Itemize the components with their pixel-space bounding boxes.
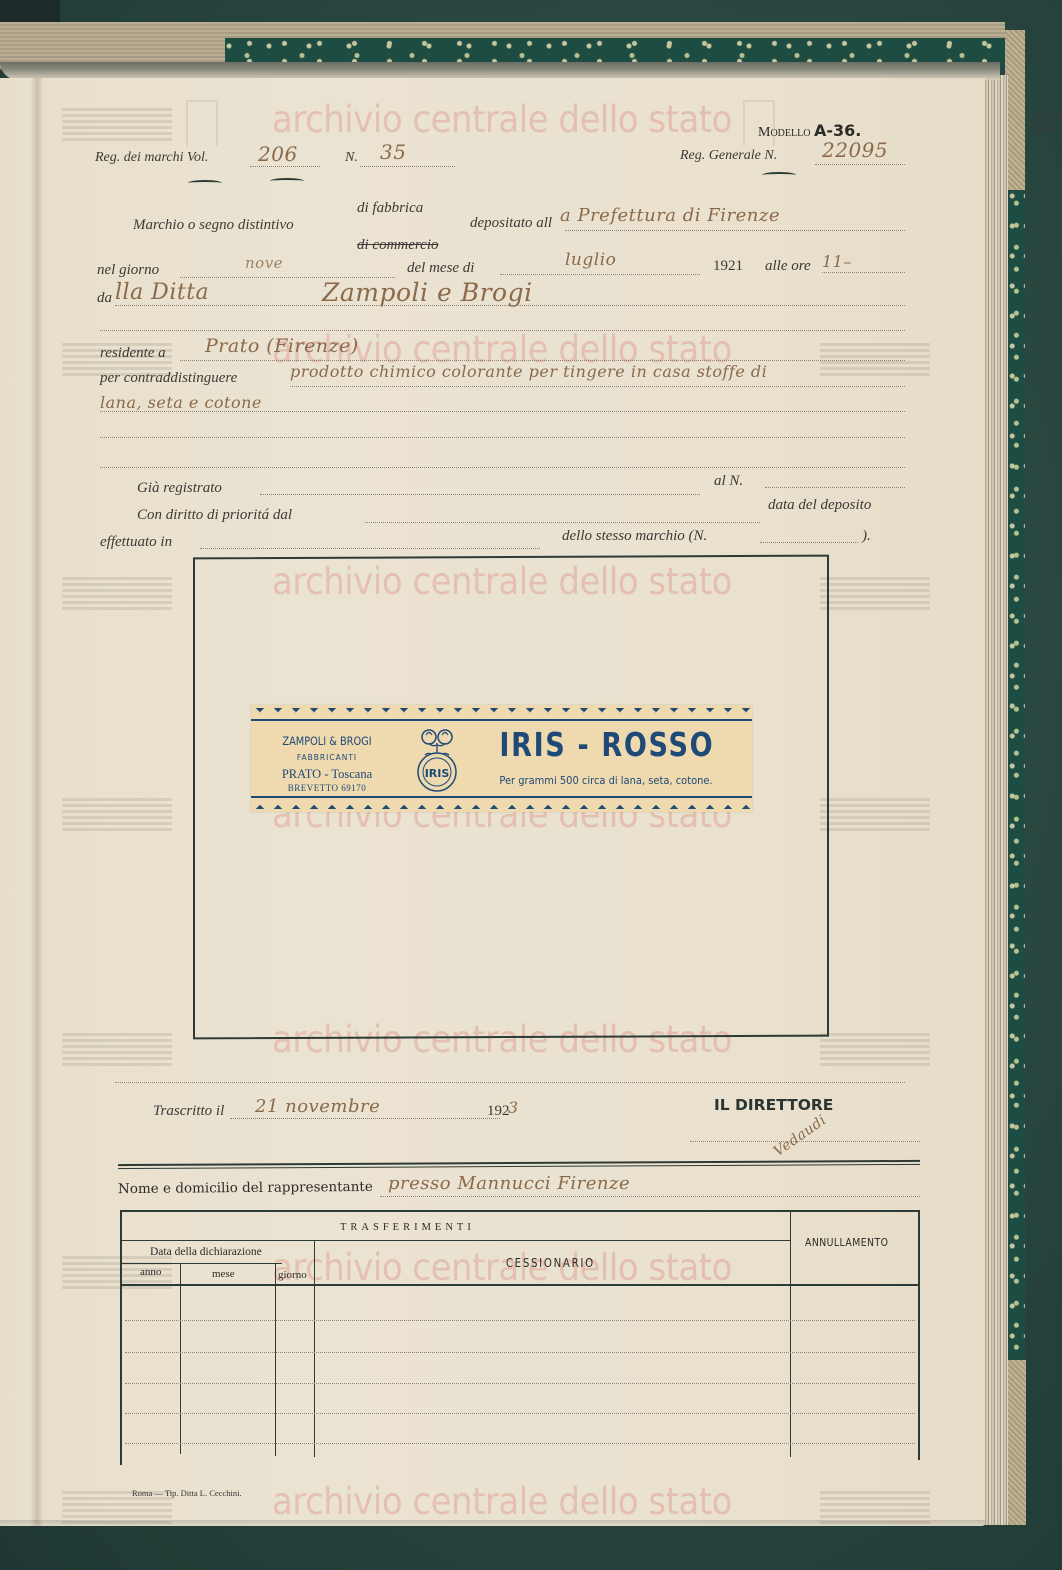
dotted-line [100,330,905,331]
table-title: TRASFERIMENTI [340,1222,475,1233]
n-label: N. [345,150,358,166]
dotted-line [365,522,760,523]
date-group-header: Data della dichiarazione [150,1246,262,1258]
annullamento-divider [790,1212,791,1457]
trascritto-label: Trascritto il [153,1103,224,1120]
watermark-logo [820,1488,930,1524]
depositato-label: depositato all [470,215,552,232]
residente-label: residente a [100,345,166,362]
swash-ornament [188,180,222,186]
marbled-cover-right [1008,190,1025,1360]
watermark-logo [820,1030,930,1066]
dalla-value: lla Ditta [115,280,209,305]
model-label: Modello [758,125,810,140]
dotted-line [815,164,905,165]
di-commercio-option: di commercio [357,237,439,254]
diritto-priorita-label: Con diritto di prioritá dal [137,507,292,524]
label-patent: BREVETTO 69170 [256,783,398,793]
anno-value: 1921 [713,258,743,275]
watermark-logo [62,795,172,831]
watermark-logo [820,795,930,831]
watermark-text-partial: arc [1030,98,1062,142]
col-divider [180,1264,181,1454]
marchio-label: Marchio o segno distintivo [133,217,294,234]
year-prefix: 192 [487,1103,510,1120]
alle-ore-label: alle ore [765,258,811,275]
table-row [125,1352,915,1353]
title-divider [122,1240,790,1241]
reg-generale-value: 22095 [822,138,888,162]
dotted-line [115,1082,905,1083]
dotted-line [250,166,320,167]
label-role: FABBRICANTI [256,753,398,762]
dalla-label: da [97,290,112,307]
reg-marchi-vol: 206 [258,142,298,166]
col-header-annullamento: ANNULLAMENTO [805,1236,888,1249]
dotted-line [100,467,905,468]
gia-registrato-label: Già registrato [137,480,222,497]
watermark-logo [820,574,930,610]
swash-ornament [270,178,304,184]
ditta-name: Zampoli e Brogi [322,278,533,307]
dotted-line [100,437,905,438]
table-border-right [918,1210,920,1460]
dotted-line [200,548,540,549]
table-row [125,1320,915,1321]
watermark-text: archivio centrale dello stato [272,1480,732,1524]
label-product: IRIS - ROSSO [499,725,712,764]
alle-ore-value: 11– [822,252,852,271]
dotted-line [565,230,905,231]
residente-value: Prato (Firenze) [205,335,359,357]
effettuato-label: effettuato in [100,534,172,551]
year-suffix: 3 [508,1098,519,1117]
col-divider [314,1241,315,1457]
contraddistinguere-value-1: prodotto chimico colorante per tingere i… [290,362,767,381]
dotted-line [290,386,905,387]
dotted-line [360,166,455,167]
label-city: PRATO - Toscana [256,767,398,782]
direttore-label: IL DIRETTORE [714,1096,833,1114]
trascritto-value: 21 novembre [255,1096,380,1117]
col-header-mese: mese [212,1268,235,1280]
header-bottom-rule [122,1284,918,1286]
dotted-line [760,542,858,543]
watermark-logo [62,574,172,610]
dotted-line [822,272,905,273]
col-divider [275,1264,276,1456]
trademark-label: ZAMPOLI & BROGI FABBRICANTI PRATO - Tosc… [251,705,752,812]
date-group-divider [122,1263,282,1264]
reg-marchi-label: Reg. dei marchi Vol. [95,150,208,166]
cloth-corner-bottom [1006,1360,1026,1525]
depositato-value: a Prefettura di Firenze [560,205,780,226]
table-row [125,1443,915,1444]
col-header-cessionario: CESSIONARIO [506,1256,595,1270]
watermark-logo [62,1030,172,1066]
dotted-line [380,1196,920,1197]
cloth-corner-top [1005,30,1025,200]
data-deposito-label: data del deposito [768,497,871,514]
table-row [125,1413,915,1414]
watermark-logo [820,340,930,376]
watermark-text: archivio centrale dello stato [272,98,732,142]
iris-emblem-icon: IRIS [414,727,460,793]
n-value: 35 [380,140,406,164]
dotted-line [260,494,700,495]
dotted-line [180,360,905,361]
swash-ornament [762,172,796,178]
reg-generale-label: Reg. Generale N. [680,148,777,164]
del-mese-value: luglio [565,250,616,270]
watermark-logo [62,105,172,141]
stesso-marchio-close: ). [862,528,871,545]
watermark-logo [186,100,218,146]
emblem-text: IRIS [425,767,450,780]
table-row [125,1383,915,1384]
contraddistinguere-label: per contraddistinguere [100,370,237,387]
representative-value: presso Mannucci Firenze [388,1173,630,1194]
table-border-left [120,1210,122,1465]
printer-imprint: Roma — Tip. Ditta L. Cecchini. [132,1488,242,1498]
label-subtitle: Per grammi 500 circa di lana, seta, coto… [485,774,728,787]
dotted-line [765,487,905,488]
stesso-marchio-label: dello stesso marchio (N. [562,528,707,545]
al-n-label: al N. [714,473,743,490]
label-company: ZAMPOLI & BROGI [267,734,388,748]
table-border-top [120,1210,920,1212]
nel-giorno-value: nove [245,254,283,272]
zigzag-border-bottom [251,800,752,809]
contraddistinguere-value-2: lana, seta e cotone [100,393,262,412]
del-mese-label: del mese di [407,260,474,277]
nel-giorno-label: nel giorno [97,262,159,279]
col-header-anno: anno [140,1266,161,1278]
dotted-line [500,274,700,275]
representative-label: Nome e domicilio del rappresentante [118,1179,373,1197]
col-header-giorno: giorno [278,1269,307,1281]
zigzag-border-top [251,708,752,717]
di-fabbrica-option: di fabbrica [357,200,423,217]
dotted-line [230,1118,500,1119]
